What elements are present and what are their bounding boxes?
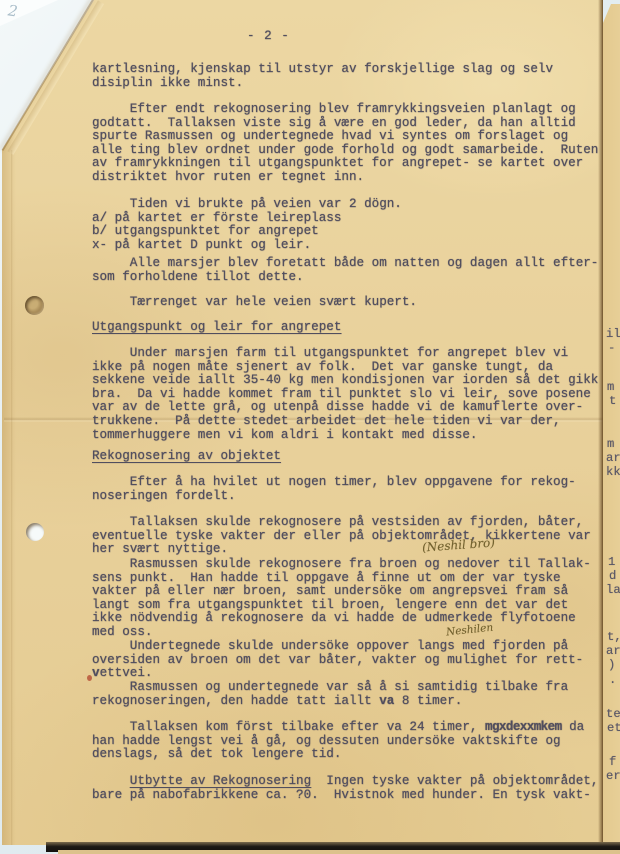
edge-fragment: d [609, 570, 616, 583]
inline-heading-utbytte: Utbytte av Rekognosering [130, 774, 311, 788]
edge-fragment: t [609, 395, 616, 408]
edge-fragment: te [606, 708, 620, 721]
typed-over-word: mgxdexxmkem [485, 720, 562, 734]
punch-hole [25, 296, 44, 315]
paragraph-undertegnede-task: Undertegnede skulde undersöke oppover la… [92, 640, 583, 681]
text-run [92, 774, 130, 788]
text-run: 8 timer. [394, 694, 462, 708]
edge-fragment: er [606, 770, 620, 783]
overstruck-character: va [379, 694, 394, 708]
paragraph-intro: kartlesning, kjenskap til utstyr av fors… [92, 63, 553, 90]
paragraph-marches: Alle marsjer blev foretatt både om natte… [92, 257, 598, 284]
paragraph-route-planning: Efter endt rekognosering blev framrykkin… [92, 103, 598, 185]
edge-fragment: la [606, 584, 620, 597]
edge-fragment: et [607, 722, 620, 735]
page-right-edge-shadow [598, 0, 603, 845]
edge-fragment: 1 [608, 556, 615, 569]
text-run: Rasmussen og undertegnede var så å si sa… [92, 680, 568, 708]
edge-fragment: f [609, 756, 616, 769]
edge-fragment: - [608, 342, 615, 355]
paragraph-terrain: Tærrenget var hele veien svært kupert. [92, 296, 417, 310]
paragraph-return: Rasmussen og undertegnede var så å si sa… [92, 681, 568, 708]
edge-fragment: ) [608, 659, 615, 672]
scanned-document-page: 2 il - m t m ar kk 1 d la t, ar ) . te e… [0, 0, 620, 854]
text-run: ettvei. [100, 666, 153, 680]
paragraph-rasmussen-task: Rasmussen skulde rekognosere fra broen o… [92, 558, 591, 640]
punch-hole [26, 523, 44, 541]
edge-fragment: kk [606, 466, 620, 479]
paragraph-camp: Under marsjen farm til utgangspunktet fo… [92, 347, 598, 442]
text-run: Undertegnede skulde undersöke oppover la… [92, 639, 583, 667]
third-page-sliver [58, 850, 620, 854]
edge-fragment: ar [606, 452, 620, 465]
section-heading-utgangspunkt: Utgangspunkt og leir for angrepet [92, 321, 341, 335]
paragraph-tallaksen-task: Tallaksen skulde rekognosere på vestside… [92, 516, 591, 557]
handwritten-corner-mark: 2 [7, 3, 19, 19]
paragraph-tasks: Efter å ha hvilet ut nogen timer, blev o… [92, 476, 576, 503]
paragraph-tallaksen-return: Tallaksen kom först tilbake efter va 24 … [92, 721, 584, 762]
edge-fragment: il [606, 328, 620, 341]
edge-fragment: . [609, 674, 616, 687]
edge-fragment: t, [607, 631, 620, 644]
edge-fragment: ar [606, 645, 620, 658]
left-margin-crease [11, 150, 13, 850]
page-number: - 2 - [247, 30, 290, 44]
paragraph-utbytte: Utbytte av Rekognosering Ingen tyske vak… [92, 775, 598, 802]
edge-fragment: m [607, 381, 614, 394]
text-run: Tallaksen kom först tilbake efter va 24 … [92, 720, 485, 734]
section-heading-rekognosering: Rekognosering av objektet [92, 450, 281, 464]
paragraph-map-legend: Tiden vi brukte på veien var 2 dögn. a/ … [92, 198, 402, 252]
edge-fragment: m [607, 438, 614, 451]
overstruck-character: v [92, 666, 100, 680]
